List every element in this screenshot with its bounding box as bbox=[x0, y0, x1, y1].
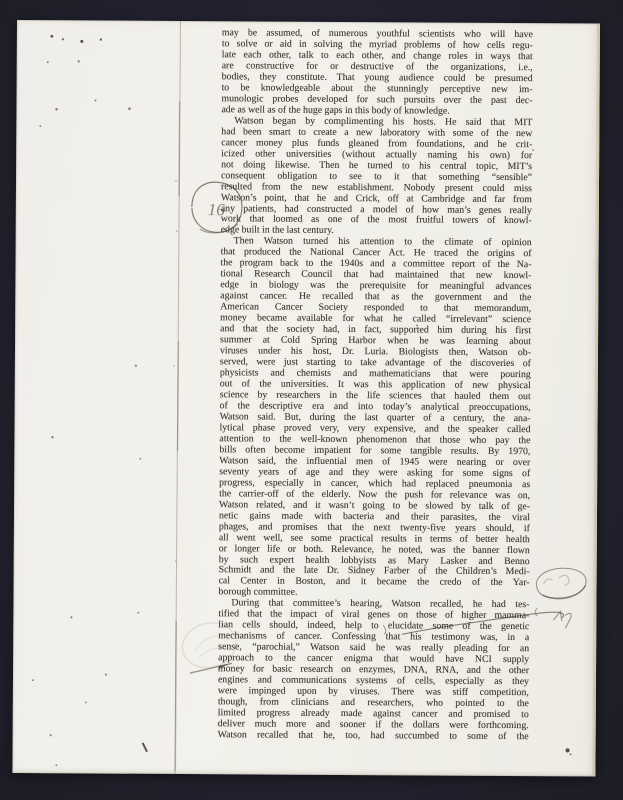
text-column: may be assumed, of numerous youthful sci… bbox=[218, 28, 533, 743]
paragraph: During that committee’s hearing, Watson … bbox=[218, 599, 530, 743]
photo-backdrop: 16 bbox=[0, 0, 623, 800]
text-line: Watson recalled that he, too, had succum… bbox=[218, 730, 529, 743]
pencil-scribble-note bbox=[535, 568, 586, 628]
page-fold-crease-shade bbox=[175, 101, 180, 771]
paragraph: Then Watson turned his attention to the … bbox=[218, 237, 531, 601]
page-fold-crease bbox=[175, 21, 180, 774]
paragraph: Watson began by complimenting his hosts.… bbox=[221, 116, 533, 239]
scanned-page: 16 bbox=[12, 20, 600, 777]
paragraph: may be assumed, of numerous youthful sci… bbox=[221, 28, 533, 118]
